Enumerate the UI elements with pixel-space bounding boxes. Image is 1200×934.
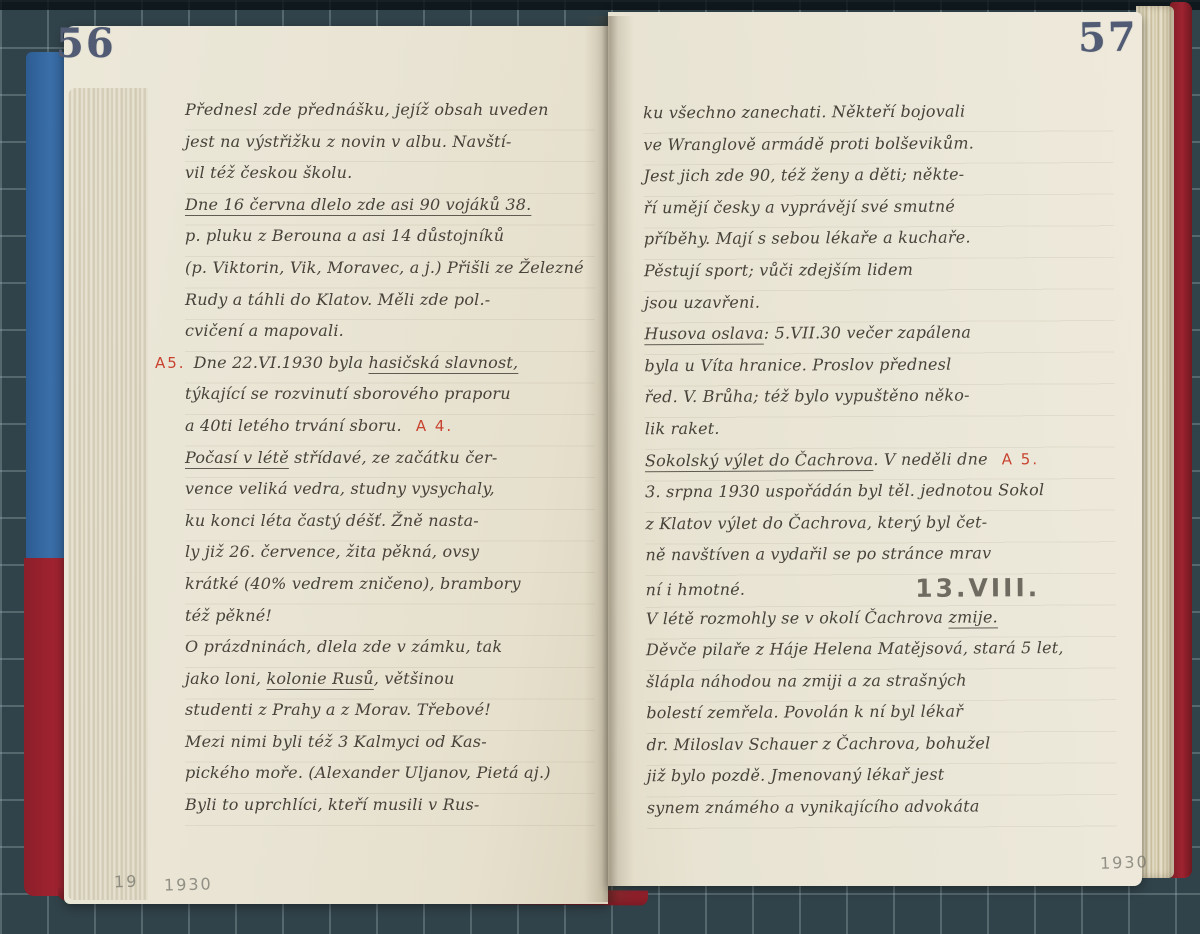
handwritten-line: ku všechno zanechati. Někteří bojovali xyxy=(643,101,1113,135)
handwritten-line: z Klatov výlet do Čachrova, který byl če… xyxy=(645,511,1115,545)
handwritten-line: vence veliká vedra, studny vysychaly, xyxy=(185,479,595,511)
handwritten-line: ku konci léta častý déšť. Žně nasta- xyxy=(185,511,595,543)
handwriting-segment: Dne 22.VI.1930 byla xyxy=(194,353,369,372)
handwriting-segment: (p. Viktorin, Vik, Moravec, a j.) Přišli… xyxy=(185,258,584,277)
handwriting-segment: Děvče pilaře z Háje Helena Matějsová, st… xyxy=(646,638,1064,659)
handwritten-line: Dne 16 června dlelo zde asi 90 vojáků 38… xyxy=(185,195,595,227)
handwritten-line: A5.Dne 22.VI.1930 byla hasičská slavnost… xyxy=(185,353,595,385)
handwritten-line: ní i hmotné.13.VIII. xyxy=(646,575,1116,609)
handwritten-line: týkající se rozvinutí sborového praporu xyxy=(185,384,595,416)
handwritten-line: bolestí zemřela. Povolán k ní byl lékař xyxy=(646,701,1116,735)
handwriting-segment: Mezi nimi byli též 3 Kalmyci od Kas- xyxy=(185,732,487,751)
handwritten-line: Pěstují sport; vůči zdejším lidem xyxy=(644,259,1114,293)
handwritten-line: ně navštíven a vydařil se po stránce mra… xyxy=(645,543,1115,577)
handwriting-segment: ří umějí česky a vyprávějí své smutné xyxy=(644,196,955,217)
handwritten-line: ly již 26. července, žita pěkná, ovsy xyxy=(185,542,595,574)
handwriting-segment: : 5.VII.30 večer zapálena xyxy=(764,323,971,343)
red-archival-annotation: A 5. xyxy=(1002,450,1039,468)
handwriting-segment: týkající se rozvinutí sborového praporu xyxy=(185,384,511,403)
handwritten-line: jest na výstřižku z novin v albu. Navští… xyxy=(185,132,595,164)
handwriting-segment: šlápla náhodou na zmiji a za strašných xyxy=(646,670,967,691)
handwritten-line: též pěkné! xyxy=(185,606,595,638)
handwritten-line: cvičení a mapovali. xyxy=(185,321,595,353)
handwritten-line: Rudy a táhli do Klatov. Měli zde pol.- xyxy=(185,290,595,322)
handwritten-line: lik raket. xyxy=(645,417,1115,451)
handwritten-line: a 40ti letého trvání sboru.A 4. xyxy=(185,416,595,448)
handwriting-segment: řed. V. Brůha; též bylo vypuštěno něko- xyxy=(645,386,970,407)
handwriting-segment: byla u Víta hranice. Proslov přednesl xyxy=(644,354,951,375)
handwriting-segment: O prázdninách, dlela zde v zámku, tak xyxy=(185,637,502,656)
handwriting-segment: ly již 26. července, žita pěkná, ovsy xyxy=(185,542,479,561)
handwriting-segment: Přednesl zde přednášku, jejíž obsah uved… xyxy=(185,100,549,119)
handwriting-segment: ně navštíven a vydařil se po stránce mra… xyxy=(645,544,991,565)
handwriting-segment: dr. Miloslav Schauer z Čachrova, bohužel xyxy=(646,733,990,754)
handwritten-line: studenti z Prahy a z Morav. Třebové! xyxy=(185,700,595,732)
handwriting-segment: Jest jich zde 90, též ženy a děti; někte… xyxy=(643,165,964,186)
footer-stamp-1930-left: 1930 xyxy=(164,874,213,894)
handwriting-segment: . V neděli dne xyxy=(873,449,988,469)
handwriting-segment: vence veliká vedra, studny vysychaly, xyxy=(185,479,495,498)
handwritten-line: krátké (40% vedrem zničeno), brambory xyxy=(185,574,595,606)
handwriting-segment: cvičení a mapovali. xyxy=(185,321,344,340)
handwritten-line: Přednesl zde přednášku, jejíž obsah uved… xyxy=(185,100,595,132)
handwriting-segment: Počasí v létě xyxy=(185,448,289,467)
handwritten-line: řed. V. Brůha; též bylo vypuštěno něko- xyxy=(645,385,1115,419)
handwriting-segment: studenti z Prahy a z Morav. Třebové! xyxy=(185,700,491,719)
handwritten-line: příběhy. Mají s sebou lékaře a kuchaře. xyxy=(644,227,1114,261)
handwriting-segment: jest na výstřižku z novin v albu. Navští… xyxy=(185,132,512,151)
open-chronicle-book: Přednesl zde přednášku, jejíž obsah uved… xyxy=(0,0,1200,934)
handwritten-line: byla u Víta hranice. Proslov přednesl xyxy=(644,354,1114,388)
handwriting-segment: Pěstují sport; vůči zdejším lidem xyxy=(644,260,913,280)
handwriting-segment: vil též českou školu. xyxy=(185,163,352,182)
red-archival-annotation: A 4. xyxy=(416,417,453,435)
handwritten-line: Počasí v létě střídavé, ze začátku čer- xyxy=(185,448,595,480)
page-number-57: 57 xyxy=(1078,13,1138,61)
handwriting-segment: Sokolský výlet do Čachrova xyxy=(645,450,873,470)
handwriting-segment: synem známého a vynikajícího advokáta xyxy=(647,797,980,818)
handwritten-line: 3. srpna 1930 uspořádán byl těl. jednoto… xyxy=(645,480,1115,514)
footer-stamp-1930-right: 1930 xyxy=(1100,852,1149,873)
handwriting-segment: p. pluku z Berouna a asi 14 důstojníků xyxy=(185,226,504,245)
handwritten-line: ve Wranglově armádě proti bolševikům. xyxy=(643,132,1113,166)
handwriting-segment: bolestí zemřela. Povolán k ní byl lékař xyxy=(646,702,963,723)
handwriting-segment: Dne 16 června dlelo zde asi 90 vojáků 38… xyxy=(185,195,531,214)
handwritten-line: synem známého a vynikajícího advokáta xyxy=(647,796,1117,830)
handwritten-line: Děvče pilaře z Háje Helena Matějsová, st… xyxy=(646,638,1116,672)
handwritten-line: Husova oslava: 5.VII.30 večer zapálena xyxy=(644,322,1114,356)
handwritten-line: Jest jich zde 90, též ženy a děti; někte… xyxy=(643,164,1113,198)
handwritten-line: vil též českou školu. xyxy=(185,163,595,195)
footer-stamp-19: 19 xyxy=(114,872,139,892)
pencil-date-stamp: 13.VIII. xyxy=(915,575,1040,601)
handwriting-segment: ve Wranglově armádě proti bolševikům. xyxy=(643,133,974,154)
handwriting-segment: již bylo pozdě. Jmenovaný lékař jest xyxy=(647,765,945,786)
handwriting-segment: V létě rozmohly se v okolí Čachrova xyxy=(646,607,949,628)
handwriting-segment: příběhy. Mají s sebou lékaře a kuchaře. xyxy=(644,228,971,249)
handwriting-segment: 3. srpna 1930 uspořádán byl těl. jednoto… xyxy=(645,480,1044,501)
handwritten-line: p. pluku z Berouna a asi 14 důstojníků xyxy=(185,226,595,258)
page-57: ku všechno zanechati. Někteří bojovalive… xyxy=(608,12,1142,886)
handwritten-line: pického moře. (Alexander Uljanov, Pietá … xyxy=(185,763,595,795)
handwriting-segment: též pěkné! xyxy=(185,606,272,625)
red-archival-annotation: A5. xyxy=(155,354,186,372)
handwritten-line: šlápla náhodou na zmiji a za strašných xyxy=(646,669,1116,703)
handwritten-line: jsou uzavřeni. xyxy=(644,290,1114,324)
handwriting-segment: a 40ti letého trvání sboru. xyxy=(185,416,402,435)
handwritten-line: jako loni, kolonie Rusů, většinou xyxy=(185,669,595,701)
handwriting-segment: krátké (40% vedrem zničeno), brambory xyxy=(185,574,521,593)
page-57-handwriting: ku všechno zanechati. Někteří bojovalive… xyxy=(643,101,1117,830)
handwritten-line: (p. Viktorin, Vik, Moravec, a j.) Přišli… xyxy=(185,258,595,290)
handwriting-segment: ku všechno zanechati. Někteří bojovali xyxy=(643,102,965,123)
page-56-handwriting: Přednesl zde přednášku, jejíž obsah uved… xyxy=(185,100,595,827)
handwritten-line: ří umějí česky a vyprávějí své smutné xyxy=(644,196,1114,230)
handwriting-segment: jako loni, xyxy=(185,669,266,688)
handwritten-line: O prázdninách, dlela zde v zámku, tak xyxy=(185,637,595,669)
handwriting-segment: z Klatov výlet do Čachrova, který byl če… xyxy=(645,512,987,533)
handwriting-segment: zmije. xyxy=(948,607,998,626)
handwriting-segment: kolonie Rusů xyxy=(266,669,373,688)
handwriting-segment: , většinou xyxy=(374,669,455,688)
handwriting-segment: Rudy a táhli do Klatov. Měli zde pol.- xyxy=(185,290,490,309)
handwritten-line: již bylo pozdě. Jmenovaný lékař jest xyxy=(647,764,1117,798)
handwriting-segment: jsou uzavřeni. xyxy=(644,292,760,312)
handwritten-line: Sokolský výlet do Čachrova. V neděli dne… xyxy=(645,448,1115,482)
handwriting-segment: Husova oslava xyxy=(644,324,764,344)
handwriting-segment: Byli to uprchlíci, kteří musili v Rus- xyxy=(185,795,479,814)
left-page-fold-lines xyxy=(68,88,148,900)
handwriting-segment: ní i hmotné. xyxy=(646,580,746,600)
handwriting-segment: pického moře. (Alexander Uljanov, Pietá … xyxy=(185,763,551,782)
handwritten-line: Mezi nimi byli též 3 Kalmyci od Kas- xyxy=(185,732,595,764)
page-number-56: 56 xyxy=(56,20,116,67)
handwriting-segment: ku konci léta častý déšť. Žně nasta- xyxy=(185,511,479,530)
handwriting-segment: hasičská slavnost, xyxy=(369,353,519,372)
handwriting-segment: střídavé, ze začátku čer- xyxy=(289,448,498,467)
handwritten-line: Byli to uprchlíci, kteří musili v Rus- xyxy=(185,795,595,827)
handwritten-line: dr. Miloslav Schauer z Čachrova, bohužel xyxy=(646,733,1116,767)
handwritten-line: V létě rozmohly se v okolí Čachrova zmij… xyxy=(646,606,1116,640)
page-56: Přednesl zde přednášku, jejíž obsah uved… xyxy=(64,26,608,904)
handwriting-segment: lik raket. xyxy=(645,419,720,438)
